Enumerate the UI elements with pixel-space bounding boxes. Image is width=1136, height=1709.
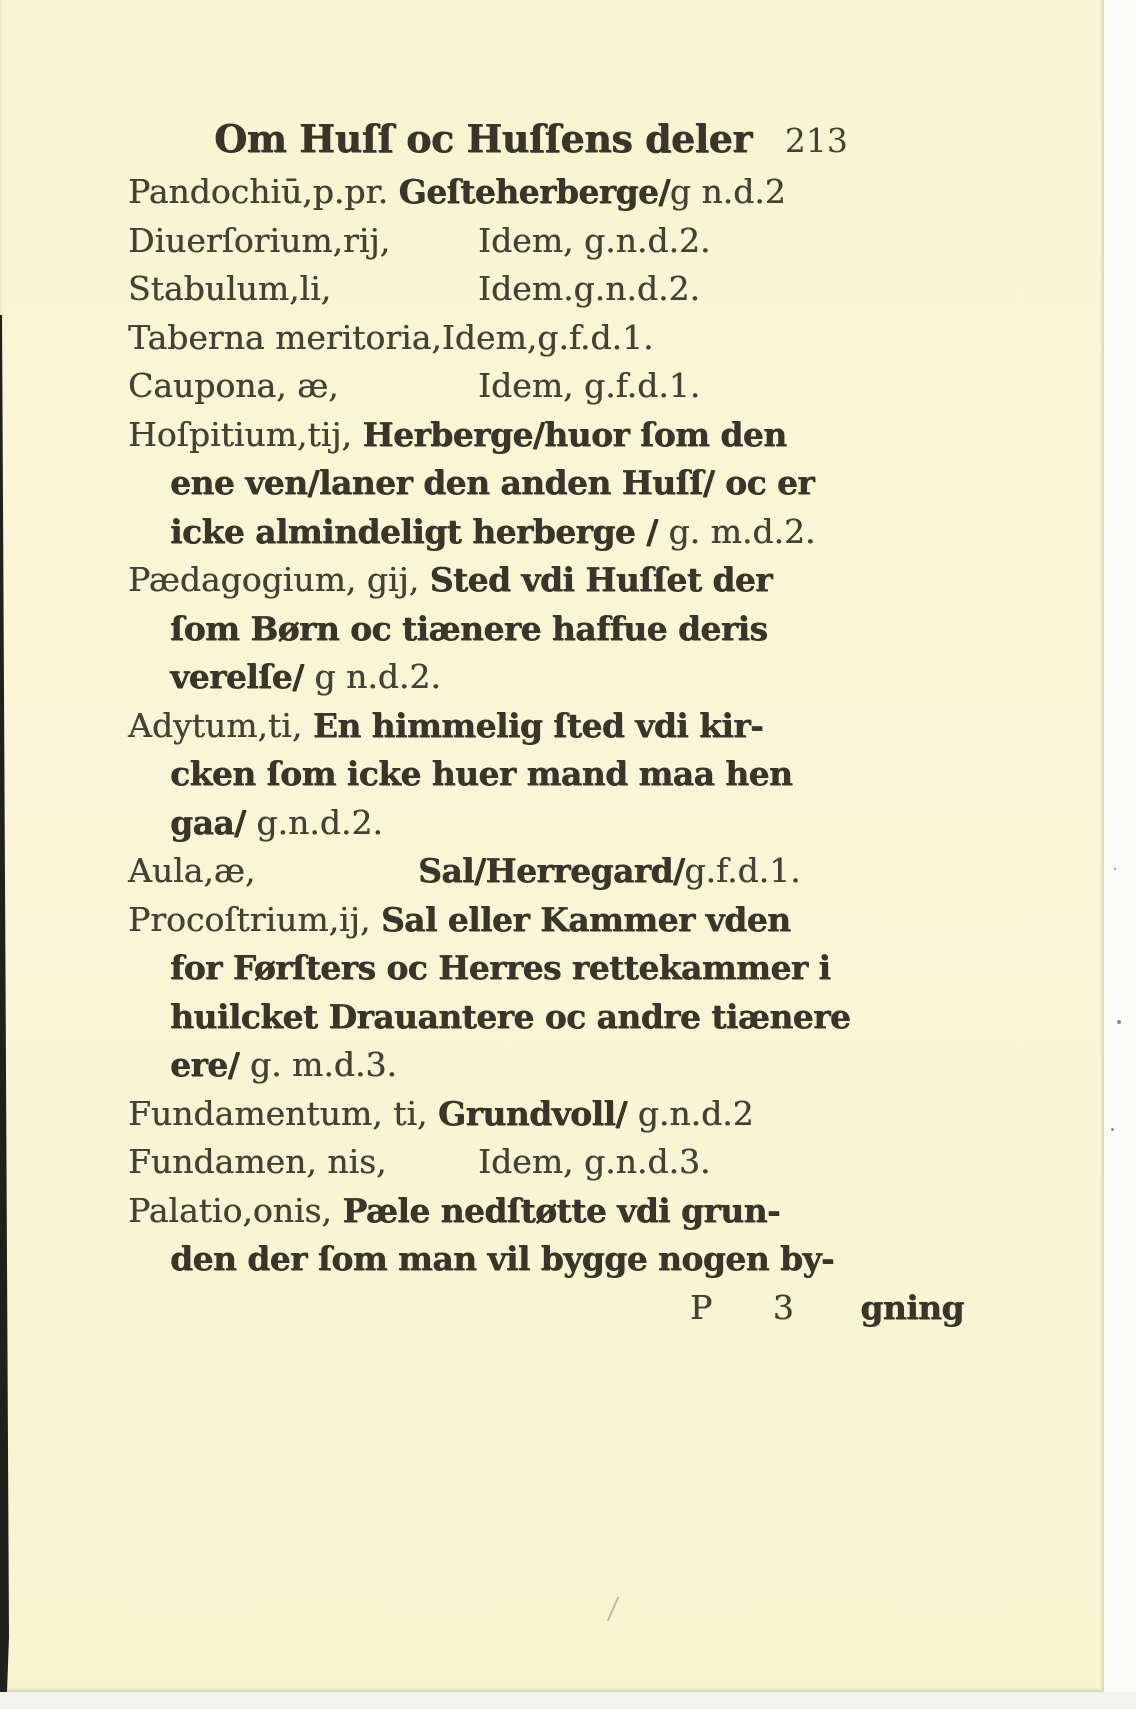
scanned-book-page: Om Huſſ oc Huſſens deler 213 Pandochiū,p… <box>0 0 1136 1709</box>
latin-term: Stabulum,li, <box>128 265 478 314</box>
latin-term: Procoſtrium,ij, <box>128 900 381 939</box>
latin-term: Aula,æ, <box>128 847 418 896</box>
dictionary-line: Stabulum,li,Idem.g.n.d.2. <box>128 265 918 314</box>
latin-term: g.f.d.1. <box>684 851 800 890</box>
page-header: Om Huſſ oc Huſſens deler 213 <box>128 116 918 168</box>
latin-term: g.n.d.2 <box>638 1094 754 1133</box>
dictionary-line: gaa/ g.n.d.2. <box>128 799 918 848</box>
dictionary-line: verelſe/ g n.d.2. <box>128 653 918 702</box>
latin-term: g. m.d.2. <box>668 512 815 551</box>
scanner-bed-bottom <box>0 1692 1136 1709</box>
dictionary-line: Pædagogium, gij, Sted vdi Huſſet der <box>128 556 918 605</box>
dictionary-line: Hoſpitium,tij, Herberge/huor ſom den <box>128 411 918 460</box>
latin-term: Caupona, æ, <box>128 362 478 411</box>
danish-gloss: ere/ <box>170 1045 250 1084</box>
latin-term: Idem.g.n.d.2. <box>478 269 700 308</box>
scan-speck <box>1117 1020 1121 1024</box>
danish-gloss: Sal/Herregard/ <box>418 851 684 890</box>
dictionary-line: Fundamen, nis,Idem, g.n.d.3. <box>128 1138 918 1187</box>
latin-term: Idem, g.f.d.1. <box>478 366 700 405</box>
signature-number: 3 <box>773 1288 794 1327</box>
page-text-block: Om Huſſ oc Huſſens deler 213 Pandochiū,p… <box>128 116 918 1332</box>
latin-term: Pædagogium, gij, <box>128 560 430 599</box>
danish-gloss: Grundvoll/ <box>438 1094 638 1133</box>
dictionary-line: icke almindeligt herberge / g. m.d.2. <box>128 508 918 557</box>
danish-gloss: gaa/ <box>170 803 256 842</box>
dictionary-line: Procoſtrium,ij, Sal eller Kammer vden <box>128 896 918 945</box>
danish-gloss: den der ſom man vil bygge nogen by- <box>170 1239 834 1278</box>
dictionary-line: Palatio,onis, Pæle nedſtøtte vdi grun- <box>128 1187 918 1236</box>
dictionary-line: for Førſters oc Herres rettekammer i <box>128 944 918 993</box>
danish-gloss: huilcket Drauantere oc andre tiænere <box>170 997 850 1036</box>
latin-term: Taberna meritoria, <box>128 318 442 357</box>
latin-term: Idem,g.f.d.1. <box>442 318 654 357</box>
latin-term: Fundamen, nis, <box>128 1138 478 1187</box>
latin-term: g. m.d.3. <box>250 1045 397 1084</box>
latin-term: Idem, g.n.d.2. <box>478 221 710 260</box>
danish-gloss: Herberge/huor ſom den <box>362 415 786 454</box>
running-title: Om Huſſ oc Huſſens deler <box>214 116 752 161</box>
latin-term: Palatio,onis, <box>128 1191 342 1230</box>
dictionary-line: den der ſom man vil bygge nogen by- <box>128 1235 918 1284</box>
catchword: gning <box>860 1288 964 1327</box>
danish-gloss: Geſteherberge/ <box>399 172 670 211</box>
dictionary-lines: Pandochiū,p.pr. Geſteherberge/g n.d.2Diu… <box>128 168 918 1284</box>
dictionary-line: ere/ g. m.d.3. <box>128 1041 918 1090</box>
danish-gloss: En himmelig ſted vdi kir- <box>313 706 763 745</box>
scan-speck <box>1111 1128 1114 1131</box>
dictionary-line: Pandochiū,p.pr. Geſteherberge/g n.d.2 <box>128 168 918 217</box>
danish-gloss: ene ven/laner den anden Huſſ/ oc er <box>170 463 814 502</box>
latin-term: Pandochiū,p.pr. <box>128 172 399 211</box>
danish-gloss: Sal eller Kammer vden <box>381 900 791 939</box>
dictionary-line: Taberna meritoria,Idem,g.f.d.1. <box>128 314 918 363</box>
latin-term: g.n.d.2. <box>256 803 382 842</box>
danish-gloss: cken ſom icke huer mand maa hen <box>170 754 792 793</box>
signature-letter: P <box>690 1288 712 1327</box>
danish-gloss: ſom Børn oc tiænere haffue deris <box>170 609 767 648</box>
dictionary-line: cken ſom icke huer mand maa hen <box>128 750 918 799</box>
latin-term: Diuerſorium,rij, <box>128 217 478 266</box>
dictionary-line: ene ven/laner den anden Huſſ/ oc er <box>128 459 918 508</box>
signature-line: P 3 gning <box>128 1284 918 1333</box>
danish-gloss: for Førſters oc Herres rettekammer i <box>170 948 830 987</box>
danish-gloss: Sted vdi Huſſet der <box>430 560 772 599</box>
latin-term: Idem, g.n.d.3. <box>478 1142 710 1181</box>
dictionary-line: huilcket Drauantere oc andre tiænere <box>128 993 918 1042</box>
latin-term: g n.d.2. <box>314 657 440 696</box>
latin-term: g n.d.2 <box>670 172 786 211</box>
scanner-bed-right <box>1104 0 1136 1709</box>
page-number: 213 <box>785 121 848 160</box>
dictionary-line: ſom Børn oc tiænere haffue deris <box>128 605 918 654</box>
dictionary-line: Adytum,ti, En himmelig ſted vdi kir- <box>128 702 918 751</box>
scan-speck <box>1114 868 1116 870</box>
dictionary-line: Fundamentum, ti, Grundvoll/ g.n.d.2 <box>128 1090 918 1139</box>
latin-term: Hoſpitium,tij, <box>128 415 362 454</box>
danish-gloss: icke almindeligt herberge / <box>170 512 668 551</box>
danish-gloss: verelſe/ <box>170 657 314 696</box>
danish-gloss: Pæle nedſtøtte vdi grun- <box>342 1191 780 1230</box>
dictionary-line: Aula,æ,Sal/Herregard/g.f.d.1. <box>128 847 918 896</box>
dictionary-line: Diuerſorium,rij,Idem, g.n.d.2. <box>128 217 918 266</box>
latin-term: Fundamentum, ti, <box>128 1094 438 1133</box>
dictionary-line: Caupona, æ,Idem, g.f.d.1. <box>128 362 918 411</box>
latin-term: Adytum,ti, <box>128 706 313 745</box>
